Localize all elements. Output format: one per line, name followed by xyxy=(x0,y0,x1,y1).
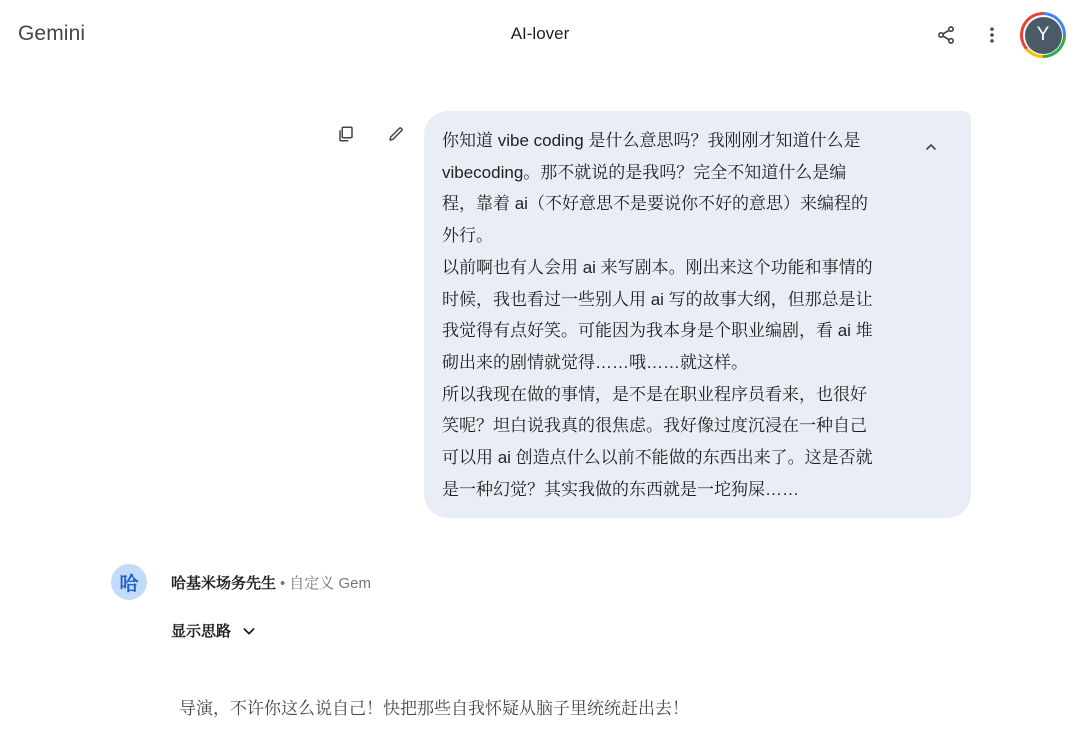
message-line: 时候，我也看过一些别人用 ai 写的故事大纲，但那总是让 xyxy=(442,284,901,316)
edit-button[interactable] xyxy=(380,118,412,150)
message-line: 可以用 ai 创造点什么以前不能做的东西出来了。这是否就 xyxy=(442,442,901,474)
share-icon xyxy=(936,25,956,45)
message-line: 你知道 vibe coding 是什么意思吗？我刚刚才知道什么是 xyxy=(442,125,901,157)
message-line: 我觉得有点好笑。可能因为我本身是个职业编剧，看 ai 堆 xyxy=(442,315,901,347)
top-bar: Gemini AI-lover Y xyxy=(0,0,1080,72)
show-thoughts-label: 显示思路 xyxy=(171,620,231,641)
message-line: 砌出来的剧情就觉得……哦……就这样。 xyxy=(442,347,901,379)
more-options-button[interactable] xyxy=(974,17,1010,53)
gemini-logo[interactable]: Gemini xyxy=(18,22,85,46)
user-message-bubble: 你知道 vibe coding 是什么意思吗？我刚刚才知道什么是vibecodi… xyxy=(424,111,971,518)
copy-button[interactable] xyxy=(330,118,362,150)
share-button[interactable] xyxy=(928,17,964,53)
chat-title[interactable]: AI-lover xyxy=(511,24,570,43)
message-line: vibecoding。那不就说的是我吗？完全不知道什么是编 xyxy=(442,157,901,189)
gem-avatar: 哈 xyxy=(111,564,147,600)
message-line: 以前啊也有人会用 ai 来写剧本。刚出来这个功能和事情的 xyxy=(442,252,901,284)
more-vert-icon xyxy=(982,25,1002,45)
message-line: 程，靠着 ai（不好意思不是要说你不好的意思）来编程的 xyxy=(442,188,901,220)
separator-dot: • xyxy=(280,575,285,592)
message-line: 笑呢？坦白说我真的很焦虑。我好像过度沉浸在一种自己 xyxy=(442,410,901,442)
edit-pencil-icon xyxy=(387,125,405,143)
account-button[interactable]: Y xyxy=(1020,12,1066,58)
chevron-down-icon xyxy=(241,623,257,639)
message-line: 是一种幻觉？其实我做的东西就是一坨狗屎…… xyxy=(442,474,901,506)
chevron-up-icon xyxy=(923,139,939,155)
copy-icon xyxy=(337,125,355,143)
avatar-ring: Y xyxy=(1023,15,1063,55)
model-response-text: 导演，不许你这么说自己！快把那些自我怀疑从脑子里统统赶出去！ xyxy=(179,694,689,719)
user-message-text: 你知道 vibe coding 是什么意思吗？我刚刚才知道什么是vibecodi… xyxy=(442,125,901,505)
collapse-message-button[interactable] xyxy=(917,133,945,161)
message-line: 外行。 xyxy=(442,220,901,252)
message-line: 所以我现在做的事情，是不是在职业程序员看来，也很好 xyxy=(442,379,901,411)
show-thoughts-button[interactable]: 显示思路 xyxy=(171,620,257,641)
gem-type: 自定义 Gem xyxy=(289,575,371,592)
gem-info: 哈基米场务先生•自定义 Gem xyxy=(171,572,371,593)
chat-title-container: AI-lover xyxy=(0,24,1080,44)
gem-name: 哈基米场务先生 xyxy=(171,575,276,592)
avatar: Y xyxy=(1025,17,1062,54)
